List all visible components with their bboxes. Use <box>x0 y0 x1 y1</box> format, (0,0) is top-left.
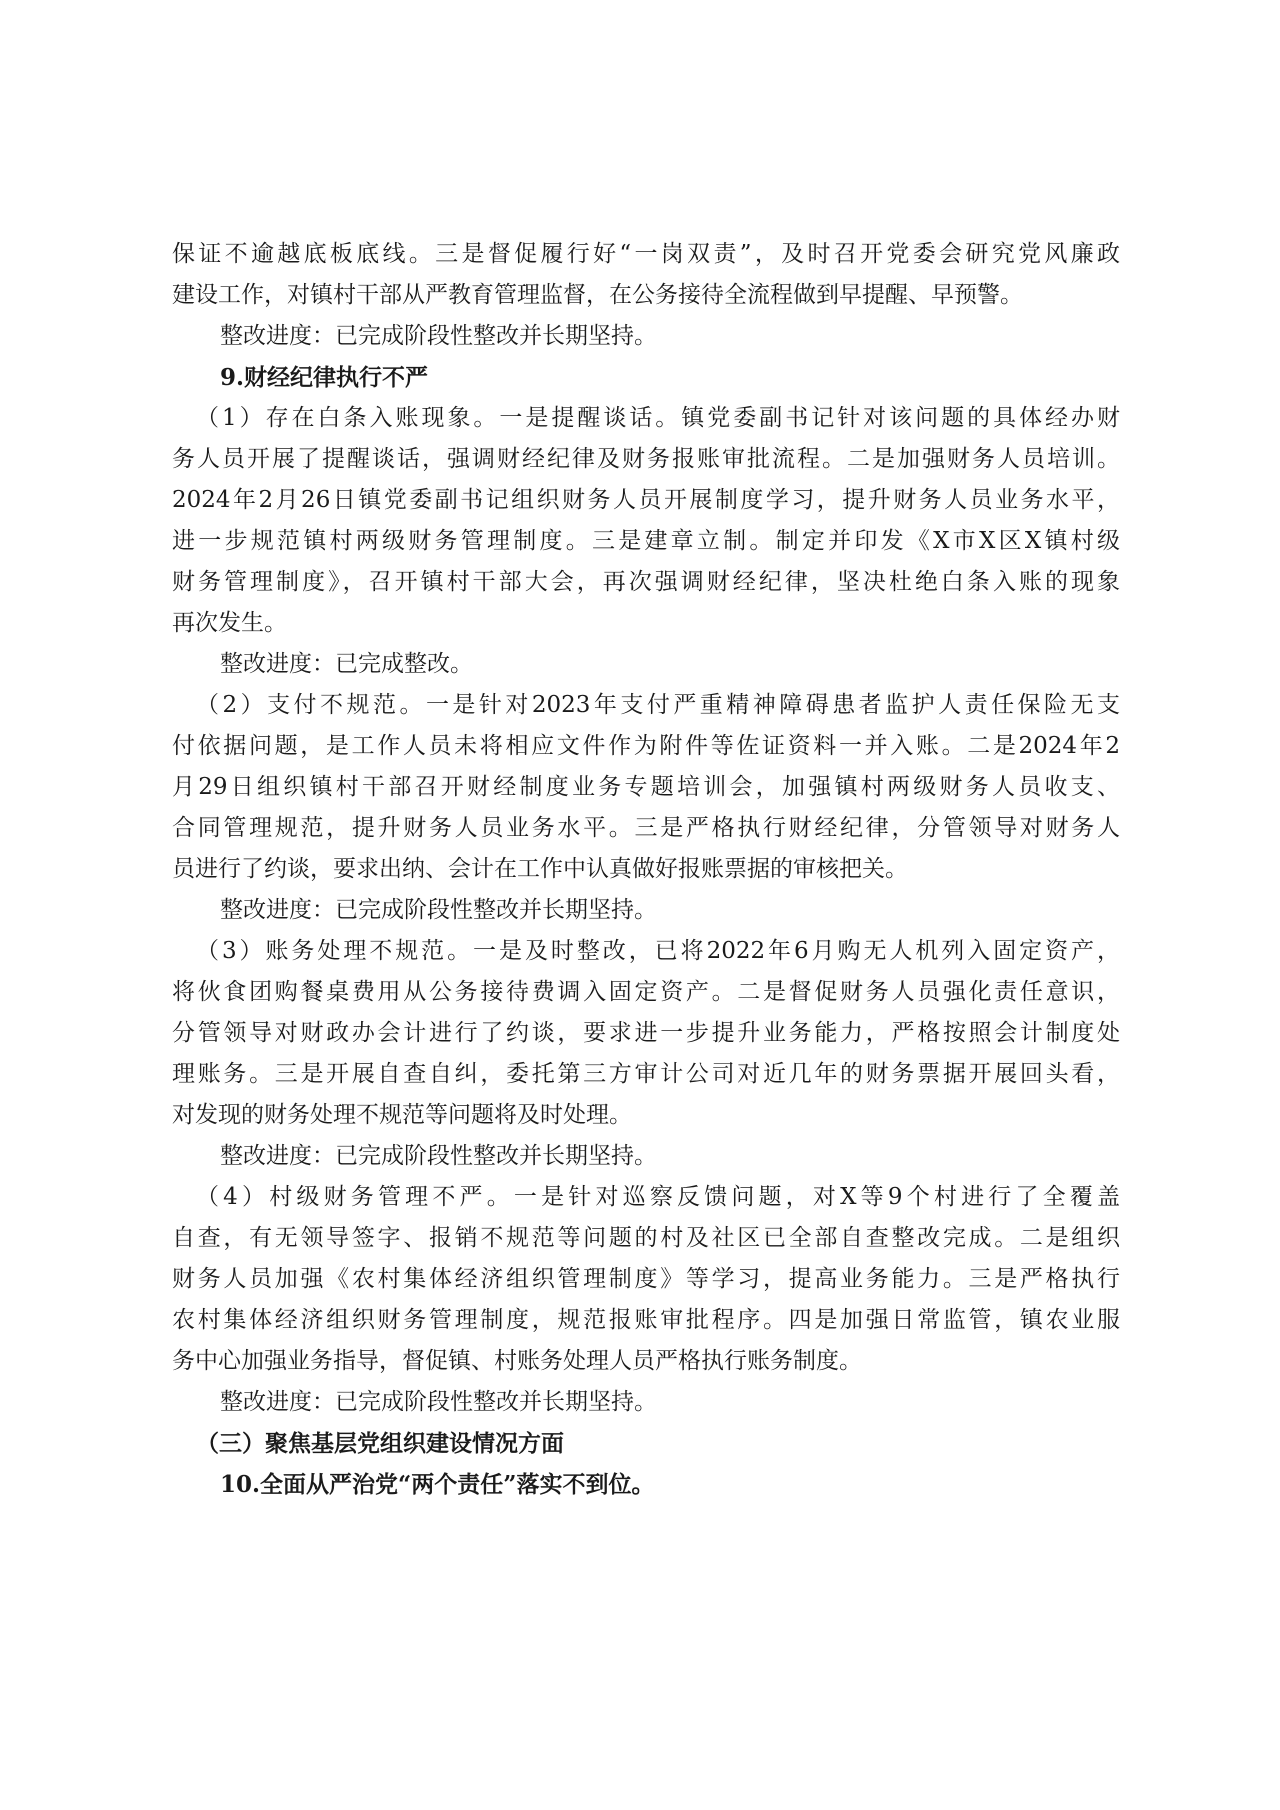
paragraph-line: 对发现的财务处理不规范等问题将及时处理。 <box>172 1095 1120 1136</box>
progress-status: 整改进度：已完成阶段性整改并长期坚持。 <box>220 1136 1120 1177</box>
paragraph-line: 务人员开展了提醒谈话，强调财经纪律及财务报账审批流程。二是加强财务人员培训。 <box>172 439 1120 480</box>
paragraph-line: 建设工作，对镇村干部从严教育管理监督，在公务接待全流程做到早提醒、早预警。 <box>172 275 1120 316</box>
paragraph-line: 务中心加强业务指导，督促镇、村账务处理人员严格执行账务制度。 <box>172 1341 1120 1382</box>
document-page: 保证不逾越底板底线。三是督促履行好“一岗双责”，及时召开党委会研究党风廉政 建设… <box>0 0 1280 1810</box>
section-heading-9: 9.财经纪律执行不严 <box>220 357 1120 398</box>
progress-status: 整改进度：已完成阶段性整改并长期坚持。 <box>220 1382 1120 1423</box>
progress-status: 整改进度：已完成阶段性整改并长期坚持。 <box>220 316 1120 357</box>
paragraph-line: 自查，有无领导签字、报销不规范等问题的村及社区已全部自查整改完成。二是组织 <box>172 1218 1120 1259</box>
paragraph-line: 付依据问题，是工作人员未将相应文件作为附件等佐证资料一并入账。二是2024年2 <box>172 726 1120 767</box>
item-2-start: （2）支付不规范。一是针对2023年支付严重精神障碍患者监护人责任保险无支 <box>196 685 1120 726</box>
paragraph-line: 再次发生。 <box>172 603 1120 644</box>
paragraph-line: 财务管理制度》，召开镇村干部大会，再次强调财经纪律，坚决杜绝白条入账的现象 <box>172 562 1120 603</box>
paragraph-line: 2024年2月26日镇党委副书记组织财务人员开展制度学习，提升财务人员业务水平， <box>172 480 1120 521</box>
paragraph-line: 员进行了约谈，要求出纳、会计在工作中认真做好报账票据的审核把关。 <box>172 849 1120 890</box>
paragraph-line: 将伙食团购餐桌费用从公务接待费调入固定资产。二是督促财务人员强化责任意识， <box>172 972 1120 1013</box>
paragraph-line: 月29日组织镇村干部召开财经制度业务专题培训会，加强镇村两级财务人员收支、 <box>172 767 1120 808</box>
paragraph-line: 进一步规范镇村两级财务管理制度。三是建章立制。制定并印发《X市X区X镇村级 <box>172 521 1120 562</box>
progress-status: 整改进度：已完成整改。 <box>220 644 1120 685</box>
section-heading-3: （三）聚焦基层党组织建设情况方面 <box>196 1423 1120 1464</box>
section-heading-10: 10.全面从严治党“两个责任”落实不到位。 <box>220 1464 1120 1505</box>
paragraph-line: 财务人员加强《农村集体经济组织管理制度》等学习，提高业务能力。三是严格执行 <box>172 1259 1120 1300</box>
progress-status: 整改进度：已完成阶段性整改并长期坚持。 <box>220 890 1120 931</box>
paragraph-line: 理账务。三是开展自查自纠，委托第三方审计公司对近几年的财务票据开展回头看， <box>172 1054 1120 1095</box>
item-3-start: （3）账务处理不规范。一是及时整改，已将2022年6月购无人机列入固定资产， <box>196 931 1120 972</box>
paragraph-line: 保证不逾越底板底线。三是督促履行好“一岗双责”，及时召开党委会研究党风廉政 <box>172 234 1120 275</box>
paragraph-line: 合同管理规范，提升财务人员业务水平。三是严格执行财经纪律，分管领导对财务人 <box>172 808 1120 849</box>
item-1-start: （1）存在白条入账现象。一是提醒谈话。镇党委副书记针对该问题的具体经办财 <box>196 398 1120 439</box>
paragraph-line: 农村集体经济组织财务管理制度，规范报账审批程序。四是加强日常监管，镇农业服 <box>172 1300 1120 1341</box>
paragraph-line: 分管领导对财政办会计进行了约谈，要求进一步提升业务能力，严格按照会计制度处 <box>172 1013 1120 1054</box>
item-4-start: （4）村级财务管理不严。一是针对巡察反馈问题，对X等9个村进行了全覆盖 <box>196 1177 1120 1218</box>
